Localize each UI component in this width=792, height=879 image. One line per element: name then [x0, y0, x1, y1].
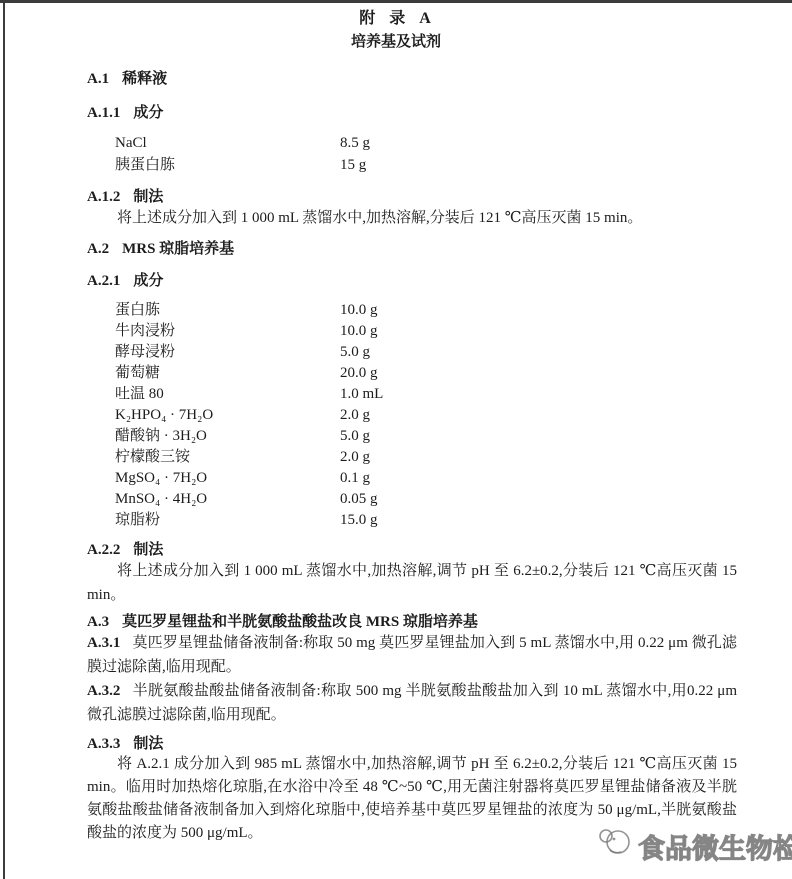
section-number: A.1.2 — [87, 189, 120, 205]
ingredient-name: 柠檬酸三铵 — [115, 447, 340, 468]
ingredient-row: K₂HPO₄ · 7H₂O2.0 g — [87, 405, 737, 426]
ingredient-name: 琼脂粉 — [115, 510, 340, 531]
section-title: 制法 — [133, 189, 163, 205]
ingredient-row: 醋酸钠 · 3H₂O5.0 g — [87, 426, 737, 447]
clause-number: A.3.1 — [87, 635, 120, 651]
paragraph-a12: 将上述成分加入到 1 000 mL 蒸馏水中,加热溶解,分装后 121 ℃高压灭… — [87, 206, 737, 230]
heading-a22: A.2.2制法 — [87, 541, 737, 559]
section-title: 制法 — [133, 542, 163, 558]
section-title: 莫匹罗星锂盐和半胱氨酸盐酸盐改良 MRS 琼脂培养基 — [122, 614, 478, 630]
document-page: 附 录 A 培养基及试剂 A.1稀释液 A.1.1成分 NaCl8.5 g 胰蛋… — [0, 0, 792, 879]
heading-a12: A.1.2制法 — [87, 188, 737, 206]
section-number: A.3 — [87, 614, 109, 630]
ingredient-amount: 10.0 g — [340, 300, 378, 321]
ingredient-name: K₂HPO₄ · 7H₂O — [115, 405, 340, 426]
paragraph-a33: 将 A.2.1 成分加入到 985 mL 蒸馏水中,加热溶解,调节 pH 至 6… — [87, 753, 737, 845]
ingredient-row: MnSO₄ · 4H₂O0.05 g — [87, 489, 737, 510]
ingredient-row: MgSO₄ · 7H₂O0.1 g — [87, 468, 737, 489]
ingredient-name: 蛋白胨 — [115, 300, 340, 321]
ingredient-amount: 2.0 g — [340, 447, 370, 468]
ingredient-amount: 0.1 g — [340, 468, 370, 489]
ingredient-row: 酵母浸粉5.0 g — [87, 342, 737, 363]
heading-a33: A.3.3制法 — [87, 735, 737, 753]
ingredient-name: MnSO₄ · 4H₂O — [115, 489, 340, 510]
ingredient-row: 胰蛋白胨15 g — [87, 154, 737, 176]
ingredient-name: NaCl — [115, 132, 340, 154]
clause-a31: A.3.1莫匹罗星锂盐储备液制备:称取 50 mg 莫匹罗星锂盐加入到 5 mL… — [87, 631, 737, 679]
clause-number: A.3.2 — [87, 683, 120, 699]
ingredient-row: 葡萄糖20.0 g — [87, 363, 737, 384]
ingredient-amount: 20.0 g — [340, 363, 378, 384]
section-number: A.3.3 — [87, 736, 120, 752]
section-number: A.2 — [87, 241, 109, 257]
ingredient-amount: 1.0 mL — [340, 384, 383, 405]
mrs-ingredient-list: 蛋白胨10.0 g 牛肉浸粉10.0 g 酵母浸粉5.0 g 葡萄糖20.0 g… — [87, 300, 737, 531]
ingredient-amount: 10.0 g — [340, 321, 378, 342]
ingredient-row: NaCl8.5 g — [87, 132, 737, 154]
ingredient-amount: 0.05 g — [340, 489, 378, 510]
section-number: A.1.1 — [87, 105, 120, 121]
section-title: MRS 琼脂培养基 — [122, 241, 234, 257]
appendix-subtitle: 培养基及试剂 — [0, 32, 792, 52]
section-number: A.2.1 — [87, 273, 120, 289]
heading-a21: A.2.1成分 — [87, 272, 737, 290]
ingredient-row: 琼脂粉15.0 g — [87, 510, 737, 531]
section-title: 制法 — [133, 736, 163, 752]
ingredient-row: 柠檬酸三铵2.0 g — [87, 447, 737, 468]
appendix-title: 附 录 A — [0, 8, 792, 30]
section-title: 成分 — [133, 273, 163, 289]
ingredient-name: 牛肉浸粉 — [115, 321, 340, 342]
ingredient-row: 吐温 801.0 mL — [87, 384, 737, 405]
diluent-ingredient-list: NaCl8.5 g 胰蛋白胨15 g — [87, 132, 737, 176]
ingredient-amount: 8.5 g — [340, 132, 370, 154]
ingredient-row: 牛肉浸粉10.0 g — [87, 321, 737, 342]
heading-a2: A.2MRS 琼脂培养基 — [87, 240, 737, 258]
section-title: 成分 — [133, 105, 163, 121]
ingredient-amount: 5.0 g — [340, 342, 370, 363]
ingredient-name: 酵母浸粉 — [115, 342, 340, 363]
section-title: 稀释液 — [122, 71, 167, 87]
ingredient-name: 胰蛋白胨 — [115, 154, 340, 176]
ingredient-name: 吐温 80 — [115, 384, 340, 405]
title-block: 附 录 A 培养基及试剂 — [0, 8, 792, 52]
section-number: A.2.2 — [87, 542, 120, 558]
section-number: A.1 — [87, 71, 109, 87]
clause-text: 半胱氨酸盐酸盐储备液制备:称取 500 mg 半胱氨酸盐酸盐加入到 10 mL … — [87, 683, 737, 723]
clause-text: 莫匹罗星锂盐储备液制备:称取 50 mg 莫匹罗星锂盐加入到 5 mL 蒸馏水中… — [87, 635, 737, 675]
clause-a32: A.3.2半胱氨酸盐酸盐储备液制备:称取 500 mg 半胱氨酸盐酸盐加入到 1… — [87, 679, 737, 727]
ingredient-row: 蛋白胨10.0 g — [87, 300, 737, 321]
page-content: 附 录 A 培养基及试剂 A.1稀释液 A.1.1成分 NaCl8.5 g 胰蛋… — [0, 0, 792, 879]
heading-a3: A.3莫匹罗星锂盐和半胱氨酸盐酸盐改良 MRS 琼脂培养基 — [87, 613, 737, 631]
paragraph-a22: 将上述成分加入到 1 000 mL 蒸馏水中,加热溶解,调节 pH 至 6.2±… — [87, 559, 737, 607]
heading-a11: A.1.1成分 — [87, 104, 737, 122]
heading-a1: A.1稀释液 — [87, 70, 737, 88]
ingredient-amount: 15 g — [340, 154, 366, 176]
ingredient-amount: 5.0 g — [340, 426, 370, 447]
ingredient-amount: 2.0 g — [340, 405, 370, 426]
ingredient-name: MgSO₄ · 7H₂O — [115, 468, 340, 489]
ingredient-name: 醋酸钠 · 3H₂O — [115, 426, 340, 447]
ingredient-amount: 15.0 g — [340, 510, 378, 531]
ingredient-name: 葡萄糖 — [115, 363, 340, 384]
